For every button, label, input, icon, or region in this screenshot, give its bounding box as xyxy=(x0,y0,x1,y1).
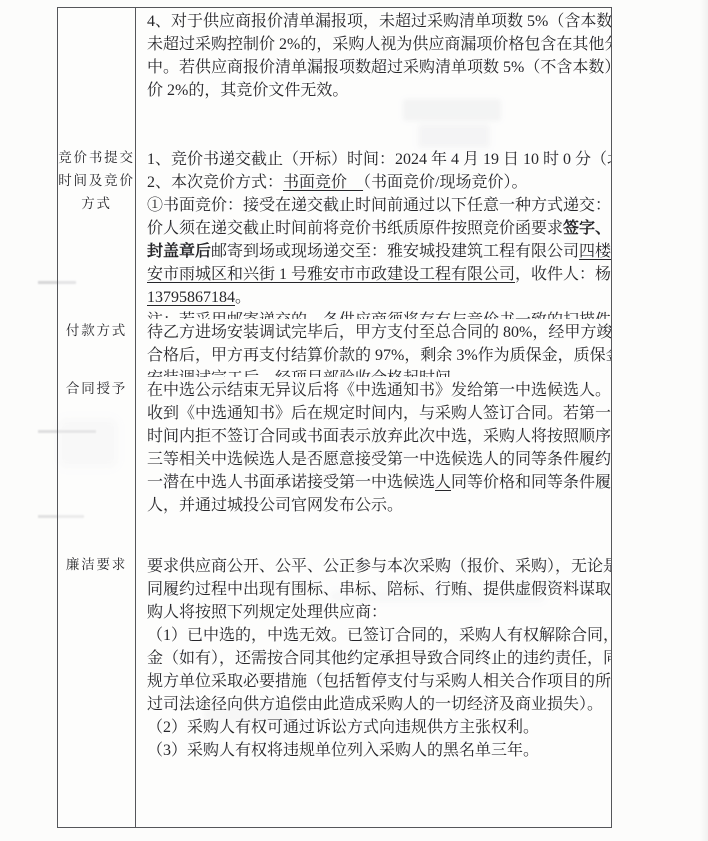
text-line: 4、对于供应商报价清单漏报项，未超过采购清单项数 5%（含本数）且缺项累计金额 xyxy=(147,8,604,31)
scanner-edge-shadow xyxy=(700,0,708,841)
text-segment: 1、竞价书递交截止（开标）时间：2024 年 4 月 19 日 10 时 0 分… xyxy=(147,151,611,168)
text-segment: （2）采购人有权可通过诉讼方式向违规供方主张权利。 xyxy=(147,719,539,736)
text-segment: 时间及竞价 xyxy=(58,173,135,188)
text-line: （1）已中选的，中选无效。已签订合同的，采购人有权解除合同，并没收相关保证 xyxy=(147,622,604,645)
text-segment: 4、对于供应商报价清单漏报项，未超过采购清单项数 5%（含本数）且缺项累计金额 xyxy=(147,13,611,30)
text-segment: 竞价书提交 xyxy=(58,150,135,165)
text-line: 时间及竞价 xyxy=(58,169,135,192)
text-line: 廉洁要求 xyxy=(66,553,127,576)
text-segment: 价人须在递交截止时间前将竞价书纸质原件按照竞价函要求 xyxy=(147,220,563,237)
text-line: 合同授予 xyxy=(66,377,127,400)
text-segment: 廉洁要求 xyxy=(66,557,127,572)
text-line: 1、竞价书递交截止（开标）时间：2024 年 4 月 19 日 10 时 0 分… xyxy=(147,146,604,169)
row-label-empty xyxy=(58,8,136,146)
text-line: 价 2%的，其竞价文件无效。 xyxy=(147,77,604,100)
row-label-integrity-requirements: 廉洁要求 xyxy=(58,553,136,827)
text-segment: 方式 xyxy=(81,196,112,211)
text-line: 三等相关中选候选人是否愿意接受第一中选候选人的同等条件履约，若在此环节中任 xyxy=(147,446,604,469)
row-content-integrity-requirements: 要求供应商公开、公平、公正参与本次采购（报价、采购），无论是在采购过程或合同履约… xyxy=(136,553,611,827)
text-line: 收到《中选通知书》后在规定时间内，与采购人签订合同。若第一中选候选人在规定 xyxy=(147,400,604,423)
text-line: 一潜在中选人书面承诺接受第一中选候选人同等价格和同等条件履约，则确定为中选 xyxy=(147,469,604,492)
text-segment: 人，并通过城投公司官网发布公示。 xyxy=(147,497,403,514)
text-segment: 2、本次竞价方式： xyxy=(147,174,283,191)
underlined-text: 安市雨城区和兴街 1 号雅安市市政建设工程有限公司 xyxy=(147,266,515,283)
text-line: 注：若采用邮寄递交的，各供应商须将存有与竞价书一致的扫描件 U 盘与竞价书一并 xyxy=(147,307,604,319)
text-line: 规方单位采取必要措施（包括暂停支付与采购人相关合作项目的所有应付账款，或通 xyxy=(147,668,604,691)
text-segment: 待乙方进场安装调试完毕后，甲方支付至总合同的 80%，经甲方竣工验收 xyxy=(147,324,611,341)
row-label-contract-award: 合同授予 xyxy=(58,377,136,553)
text-segment: 未超过采购控制价 2%的，采购人视为供应商漏项价格包含在其他分项报价及总报价 xyxy=(147,36,611,53)
text-segment: ，收件人：杨萍，电话： xyxy=(515,266,611,283)
text-segment: （3）采购人有权将违规单位列入采购人的黑名单三年。 xyxy=(147,742,539,759)
row-content-contract-award: 在中选公示结束无异议后将《中选通知书》发给第一中选候选人。第一中选候选人在收到《… xyxy=(136,377,611,553)
text-segment: 一潜在中选人书面承诺接受第一中选候选 xyxy=(147,474,435,491)
text-line: 封盖章后邮寄到场或现场递交至：雅安城投建筑工程有限公司四楼工程部，地址：雅 xyxy=(147,238,604,261)
text-line: （2）采购人有权可通过诉讼方式向违规供方主张权利。 xyxy=(147,714,604,737)
text-line: 时间内拒不签订合同或书面表示放弃此次中选，采购人将按照顺序依次函询第二、第 xyxy=(147,423,604,446)
text-segment: （书面竞价/现场竞价）。 xyxy=(363,174,527,191)
text-segment: 收到《中选通知书》后在规定时间内，与采购人签订合同。若第一中选候选人在规定 xyxy=(147,405,611,422)
text-line: 安装调试完工后，经项目部验收合格起时间。 xyxy=(147,365,604,377)
row-label-submission-time-method: 竞价书提交时间及竞价方式 xyxy=(58,146,136,319)
bold-text: 封盖章后 xyxy=(147,243,211,260)
text-segment: 过司法途径向供方追偿由此造成采购人的一切经济及商业损失）。 xyxy=(147,696,603,713)
text-line: （3）采购人有权将违规单位列入采购人的黑名单三年。 xyxy=(147,737,604,760)
underlined-text: 书面竞价 xyxy=(283,174,363,191)
underlined-text: 13795867184 xyxy=(147,289,235,306)
text-line: 付款方式 xyxy=(66,319,127,342)
bold-text: 签字、盖章、胶装成册密 xyxy=(563,220,611,237)
text-segment: （1）已中选的，中选无效。已签订合同的，采购人有权解除合同，并没收相关保证 xyxy=(147,627,611,644)
text-line: ①书面竞价：接受在递交截止时间前通过以下任意一种方式递交：邮寄/现场递交，竞 xyxy=(147,192,604,215)
underlined-text: 人 xyxy=(435,474,451,491)
underlined-text: 四楼工程部 xyxy=(579,243,611,260)
text-segment: 规方单位采取必要措施（包括暂停支付与采购人相关合作项目的所有应付账款，或通 xyxy=(147,673,611,690)
text-line: 同履约过程中出现有围标、串标、陪标、行贿、提供虚假资料谋取中选等行为的，采 xyxy=(147,576,604,599)
text-segment: 合格后，甲方再支付结算价款的 97%，剩余 3%作为质保金，质保金时间从 xyxy=(147,347,611,364)
text-segment: 邮寄到场或现场递交至：雅安城投建筑工程有限公司 xyxy=(211,243,579,260)
scanned-document-page: 4、对于供应商报价清单漏报项，未超过采购清单项数 5%（含本数）且缺项累计金额未… xyxy=(0,0,708,841)
text-segment: 同履约过程中出现有围标、串标、陪标、行贿、提供虚假资料谋取中选等行为的，采 xyxy=(147,581,611,598)
text-line: 合格后，甲方再支付结算价款的 97%，剩余 3%作为质保金，质保金时间从 xyxy=(147,342,604,365)
text-line: 过司法途径向供方追偿由此造成采购人的一切经济及商业损失）。 xyxy=(147,691,604,714)
text-line: 中。若供应商报价清单漏报项数超过采购清单项数 5%（不含本数）或超过采购控制 xyxy=(147,54,604,77)
text-line: 价人须在递交截止时间前将竞价书纸质原件按照竞价函要求签字、盖章、胶装成册密 xyxy=(147,215,604,238)
text-segment: 价 2%的，其竞价文件无效。 xyxy=(147,82,348,99)
text-segment: 安装调试完工后，经项目部验收合格起时间。 xyxy=(147,370,467,377)
text-line: 人，并通过城投公司官网发布公示。 xyxy=(147,492,604,515)
text-line: 金（如有），还需按合同其他约定承担导致合同终止的违约责任，同时采购人可对违 xyxy=(147,645,604,668)
text-line: 未超过采购控制价 2%的，采购人视为供应商漏项价格包含在其他分项报价及总报价 xyxy=(147,31,604,54)
text-segment: 三等相关中选候选人是否愿意接受第一中选候选人的同等条件履约，若在此环节中任 xyxy=(147,451,611,468)
text-segment: 合同授予 xyxy=(66,381,127,396)
text-line: 购人将按照下列规定处理供应商： xyxy=(147,599,604,622)
text-segment: 时间内拒不签订合同或书面表示放弃此次中选，采购人将按照顺序依次函询第二、第 xyxy=(147,428,611,445)
text-line: 在中选公示结束无异议后将《中选通知书》发给第一中选候选人。第一中选候选人在 xyxy=(147,377,604,400)
procurement-terms-table: 4、对于供应商报价清单漏报项，未超过采购清单项数 5%（含本数）且缺项累计金额未… xyxy=(57,7,612,828)
row-content-omission-rule: 4、对于供应商报价清单漏报项，未超过采购清单项数 5%（含本数）且缺项累计金额未… xyxy=(136,8,611,146)
text-segment: ①书面竞价：接受在递交截止时间前通过以下任意一种方式递交： xyxy=(147,197,611,214)
row-content-submission-time-method: 1、竞价书递交截止（开标）时间：2024 年 4 月 19 日 10 时 0 分… xyxy=(136,146,611,319)
text-segment: 金（如有），还需按合同其他约定承担导致合同终止的违约责任，同时采购人可对违 xyxy=(147,650,611,667)
text-segment: 同等价格和同等条件履约，则确定为中选 xyxy=(451,474,611,491)
text-segment: 购人将按照下列规定处理供应商： xyxy=(147,604,387,621)
text-line: 待乙方进场安装调试完毕后，甲方支付至总合同的 80%，经甲方竣工验收 xyxy=(147,319,604,342)
text-line: 要求供应商公开、公平、公正参与本次采购（报价、采购），无论是在采购过程或合 xyxy=(147,553,604,576)
text-segment: 中。若供应商报价清单漏报项数超过采购清单项数 5%（不含本数）或超过采购控制 xyxy=(147,59,611,76)
text-line: 安市雨城区和兴街 1 号雅安市市政建设工程有限公司，收件人：杨萍，电话： xyxy=(147,261,604,284)
text-segment: 。 xyxy=(235,289,251,306)
text-segment: 付款方式 xyxy=(66,323,127,338)
row-label-payment-method: 付款方式 xyxy=(58,319,136,377)
text-segment: 在中选公示结束无异议后将《中选通知书》发给第一中选候选人。第一中选候选人在 xyxy=(147,382,611,399)
text-line: 2、本次竞价方式：书面竞价 （书面竞价/现场竞价）。 xyxy=(147,169,604,192)
text-segment: 注：若采用邮寄递交的，各供应商须将存有与竞价书一致的扫描件 U 盘与竞价书一并 xyxy=(147,312,611,319)
text-line: 方式 xyxy=(81,192,112,215)
text-segment: 要求供应商公开、公平、公正参与本次采购（报价、采购），无论是在采购过程或合 xyxy=(147,558,611,575)
text-line: 竞价书提交 xyxy=(58,146,135,169)
text-line: 13795867184。 xyxy=(147,284,604,307)
row-content-payment-method: 待乙方进场安装调试完毕后，甲方支付至总合同的 80%，经甲方竣工验收合格后，甲方… xyxy=(136,319,611,377)
